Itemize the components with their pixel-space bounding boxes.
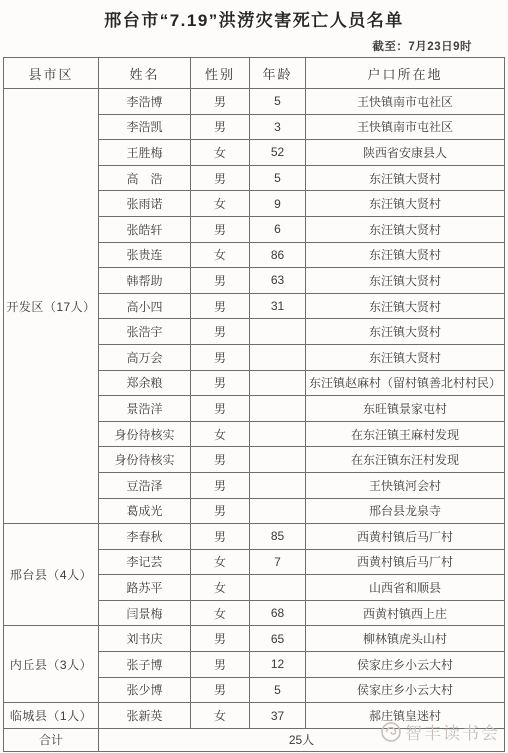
- name-cell: 身份待核实: [99, 421, 191, 447]
- name-cell: 高小四: [99, 293, 191, 319]
- gender-cell: 男: [191, 396, 250, 422]
- region-cell: 开发区（17人）: [4, 89, 99, 524]
- residence-cell: 东汪镇大贤村: [306, 216, 505, 242]
- name-cell: 韩帮助: [99, 268, 191, 294]
- gender-cell: 女: [191, 242, 250, 268]
- age-cell: 5: [250, 165, 306, 191]
- column-header-residence: 户口所在地: [306, 58, 505, 89]
- gender-cell: 女: [191, 703, 250, 729]
- total-label-cell: 合计: [4, 728, 99, 751]
- gender-cell: 男: [191, 319, 250, 345]
- gender-cell: 男: [191, 652, 250, 678]
- region-cell: 临城县（1人）: [4, 703, 99, 729]
- residence-cell: 王快镇南市屯社区: [306, 89, 505, 115]
- name-cell: 张雨诺: [99, 191, 191, 217]
- residence-cell: 东汪镇大贤村: [306, 268, 505, 294]
- gender-cell: 男: [191, 344, 250, 370]
- gender-cell: 男: [191, 293, 250, 319]
- age-cell: 5: [250, 89, 306, 115]
- age-cell: 85: [250, 524, 306, 550]
- gender-cell: 男: [191, 216, 250, 242]
- residence-cell: 陕西省安康县人: [306, 140, 505, 166]
- residence-cell: 东汪镇大贤村: [306, 293, 505, 319]
- residence-cell: 东汪镇大贤村: [306, 319, 505, 345]
- column-header-age: 年龄: [250, 58, 306, 89]
- age-cell: [250, 498, 306, 524]
- gender-cell: 女: [191, 600, 250, 626]
- age-cell: [250, 319, 306, 345]
- age-cell: 12: [250, 652, 306, 678]
- name-cell: 李记芸: [99, 549, 191, 575]
- name-cell: 张新英: [99, 703, 191, 729]
- age-cell: 3: [250, 114, 306, 140]
- age-cell: [250, 370, 306, 396]
- age-cell: [250, 472, 306, 498]
- name-cell: 张皓轩: [99, 216, 191, 242]
- name-cell: 李浩凯: [99, 114, 191, 140]
- name-cell: 王胜梅: [99, 140, 191, 166]
- casualty-table: 县市区 姓名 性别 年龄 户口所在地 开发区（17人）李浩博男5王快镇南市屯社区…: [3, 57, 505, 752]
- gender-cell: 男: [191, 114, 250, 140]
- name-cell: 高万会: [99, 344, 191, 370]
- column-header-name: 姓名: [99, 58, 191, 89]
- residence-cell: 邢台县龙泉寺: [306, 498, 505, 524]
- gender-cell: 男: [191, 472, 250, 498]
- page: 邢台市“7.19”洪涝灾害死亡人员名单 截至：7月23日9时 县市区 姓名 性别…: [0, 0, 508, 753]
- residence-cell: 西黄村镇西上庄: [306, 600, 505, 626]
- name-cell: 高 浩: [99, 165, 191, 191]
- gender-cell: 男: [191, 165, 250, 191]
- residence-cell: 东旺镇景家屯村: [306, 396, 505, 422]
- gender-cell: 女: [191, 549, 250, 575]
- age-cell: 86: [250, 242, 306, 268]
- gender-cell: 男: [191, 268, 250, 294]
- gender-cell: 女: [191, 140, 250, 166]
- name-cell: 刘书庆: [99, 626, 191, 652]
- column-header-region: 县市区: [4, 58, 99, 89]
- table-body: 开发区（17人）李浩博男5王快镇南市屯社区李浩凯男3王快镇南市屯社区王胜梅女52…: [4, 89, 505, 729]
- gender-cell: 男: [191, 370, 250, 396]
- table-row: 内丘县（3人）刘书庆男65柳林镇虎头山村: [4, 626, 505, 652]
- name-cell: 张少博: [99, 677, 191, 703]
- age-cell: [250, 396, 306, 422]
- residence-cell: 山西省和顺县: [306, 575, 505, 601]
- name-cell: 路苏平: [99, 575, 191, 601]
- residence-cell: 东汪镇大贤村: [306, 344, 505, 370]
- residence-cell: 东汪镇大贤村: [306, 242, 505, 268]
- residence-cell: 郝庄镇皇迷村: [306, 703, 505, 729]
- table-row: 临城县（1人）张新英女37郝庄镇皇迷村: [4, 703, 505, 729]
- residence-cell: 王快镇南市屯社区: [306, 114, 505, 140]
- age-cell: 68: [250, 600, 306, 626]
- age-cell: 31: [250, 293, 306, 319]
- gender-cell: 男: [191, 626, 250, 652]
- name-cell: 李浩博: [99, 89, 191, 115]
- age-cell: [250, 344, 306, 370]
- residence-cell: 王快镇河会村: [306, 472, 505, 498]
- residence-cell: 侯家庄乡小云大村: [306, 677, 505, 703]
- region-cell: 内丘县（3人）: [4, 626, 99, 703]
- age-cell: [250, 575, 306, 601]
- residence-cell: 在东汪镇王麻村发现: [306, 421, 505, 447]
- header-row: 县市区 姓名 性别 年龄 户口所在地: [4, 58, 505, 89]
- residence-cell: 侯家庄乡小云大村: [306, 652, 505, 678]
- total-row: 合计 25人: [4, 728, 505, 751]
- table-row: 邢台县（4人）李春秋男85西黄村镇后马厂村: [4, 524, 505, 550]
- page-title: 邢台市“7.19”洪涝灾害死亡人员名单: [0, 6, 508, 31]
- name-cell: 葛成光: [99, 498, 191, 524]
- gender-cell: 女: [191, 191, 250, 217]
- name-cell: 景浩洋: [99, 396, 191, 422]
- age-cell: [250, 421, 306, 447]
- age-cell: 5: [250, 677, 306, 703]
- residence-cell: 东汪镇赵麻村（留村镇善北村村民）: [306, 370, 505, 396]
- gender-cell: 男: [191, 524, 250, 550]
- table-row: 开发区（17人）李浩博男5王快镇南市屯社区: [4, 89, 505, 115]
- age-cell: 9: [250, 191, 306, 217]
- name-cell: 张子博: [99, 652, 191, 678]
- name-cell: 闫景梅: [99, 600, 191, 626]
- gender-cell: 女: [191, 421, 250, 447]
- region-cell: 邢台县（4人）: [4, 524, 99, 626]
- gender-cell: 男: [191, 677, 250, 703]
- residence-cell: 东汪镇大贤村: [306, 191, 505, 217]
- age-cell: 52: [250, 140, 306, 166]
- age-cell: 37: [250, 703, 306, 729]
- gender-cell: 男: [191, 498, 250, 524]
- residence-cell: 西黄村镇后马厂村: [306, 549, 505, 575]
- age-cell: 6: [250, 216, 306, 242]
- cutoff-time: 截至：7月23日9时: [372, 38, 472, 54]
- total-value-cell: 25人: [99, 728, 505, 751]
- residence-cell: 柳林镇虎头山村: [306, 626, 505, 652]
- gender-cell: 男: [191, 89, 250, 115]
- name-cell: 身份待核实: [99, 447, 191, 473]
- residence-cell: 东汪镇大贤村: [306, 165, 505, 191]
- name-cell: 豆浩泽: [99, 472, 191, 498]
- age-cell: 63: [250, 268, 306, 294]
- table-header: 县市区 姓名 性别 年龄 户口所在地: [4, 58, 505, 89]
- name-cell: 张贵连: [99, 242, 191, 268]
- name-cell: 郑余粮: [99, 370, 191, 396]
- residence-cell: 在东汪镇东汪村发现: [306, 447, 505, 473]
- age-cell: [250, 447, 306, 473]
- name-cell: 李春秋: [99, 524, 191, 550]
- age-cell: 65: [250, 626, 306, 652]
- residence-cell: 西黄村镇后马厂村: [306, 524, 505, 550]
- gender-cell: 女: [191, 575, 250, 601]
- name-cell: 张浩宇: [99, 319, 191, 345]
- age-cell: 7: [250, 549, 306, 575]
- column-header-gender: 性别: [191, 58, 250, 89]
- gender-cell: 男: [191, 447, 250, 473]
